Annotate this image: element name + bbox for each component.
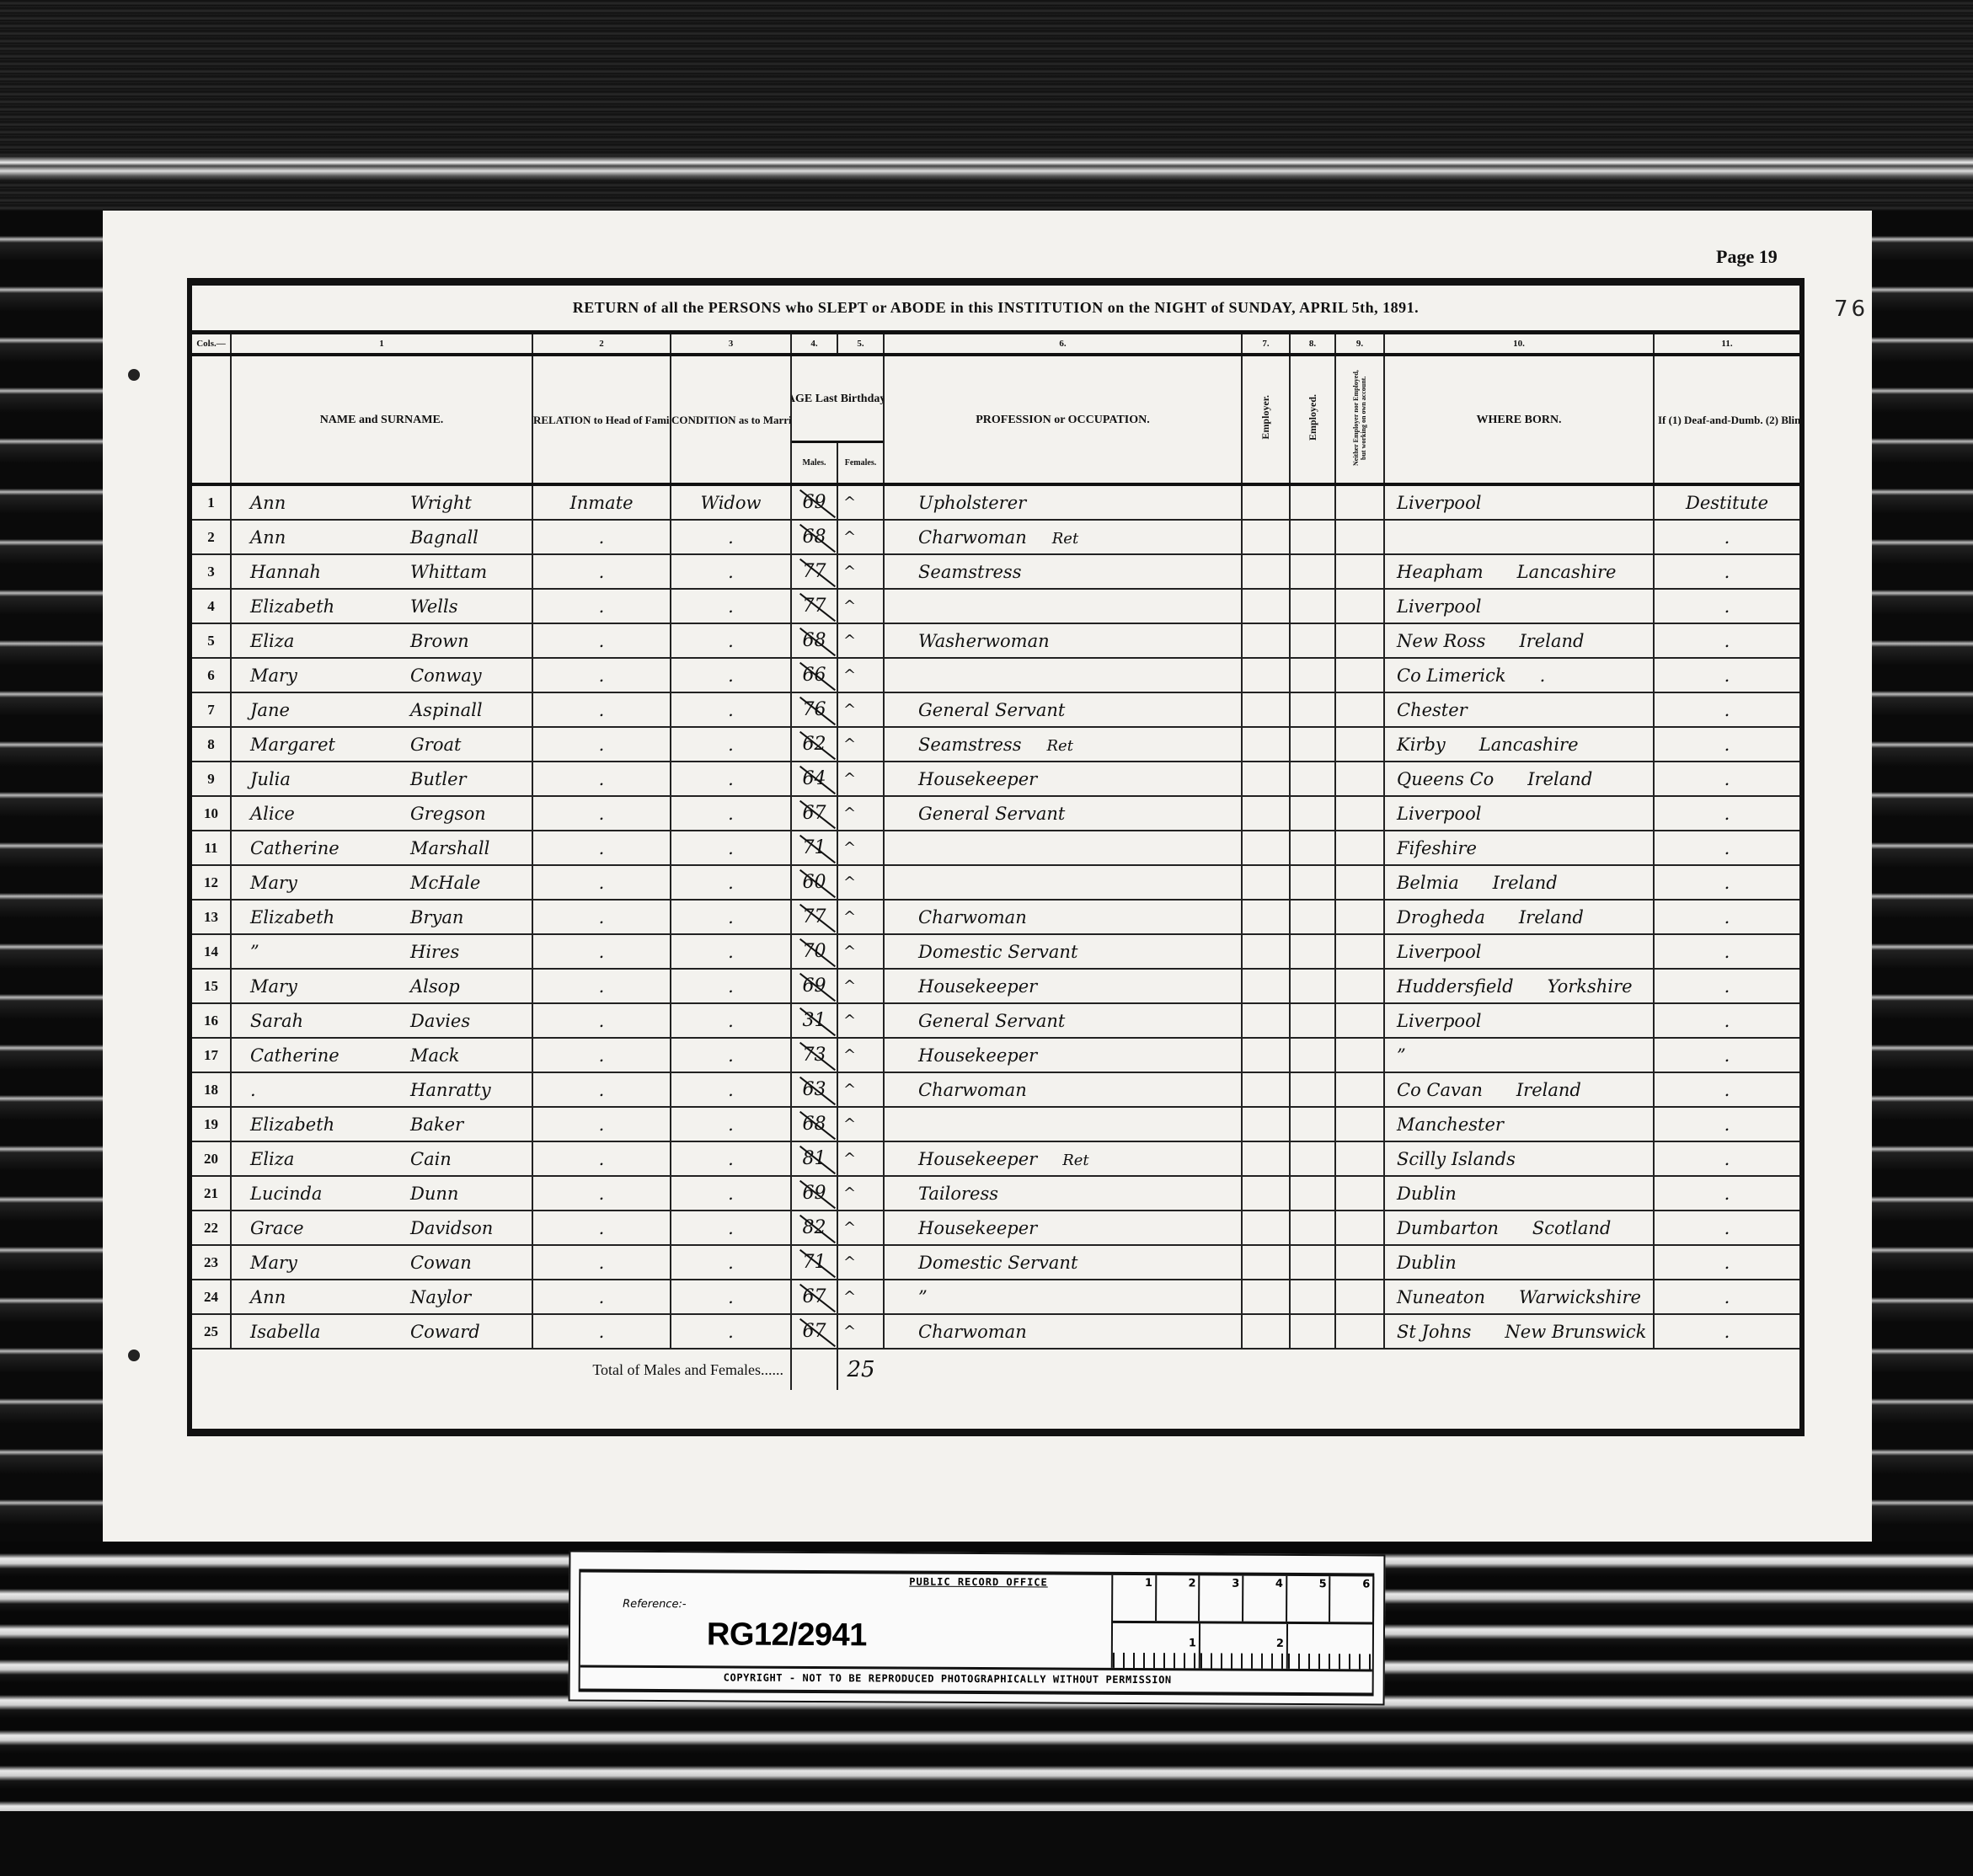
age-female: 69 — [791, 1176, 837, 1211]
header-age: AGE Last Birthday. Males. Females. — [791, 355, 884, 484]
age-tick-mark: ^ — [837, 692, 884, 727]
neither-cell — [1335, 1211, 1384, 1245]
first-name: ” — [250, 942, 410, 962]
surname: Whittam — [410, 562, 487, 582]
infirmity: . — [1654, 589, 1799, 623]
where-born: ” — [1384, 1038, 1654, 1072]
person-name: JaneAspinall — [231, 692, 532, 727]
born-county: Yorkshire — [1548, 976, 1633, 997]
condition: . — [671, 1314, 791, 1349]
age-tick-mark: ^ — [837, 1245, 884, 1280]
relation: . — [532, 865, 671, 900]
occupation: General Servant — [884, 1003, 1242, 1038]
employed-cell — [1290, 1211, 1335, 1245]
header-neither-label: Neither Employer nor Employed, but worki… — [1352, 367, 1367, 468]
occupation-note: Ret — [1062, 1152, 1088, 1169]
age-tick-mark: ^ — [837, 762, 884, 796]
scanner-background-left — [0, 211, 103, 1542]
first-name: Ann — [250, 527, 410, 548]
employed-cell — [1290, 969, 1335, 1003]
born-place: Liverpool — [1397, 804, 1481, 824]
age-tick-mark: ^ — [837, 1280, 884, 1314]
first-name: Sarah — [250, 1011, 410, 1031]
occupation-text: Housekeeper — [918, 1045, 1037, 1066]
age-tick-mark: ^ — [837, 484, 884, 520]
employer-cell — [1242, 1107, 1290, 1141]
infirmity: . — [1654, 520, 1799, 554]
employed-cell — [1290, 520, 1335, 554]
employed-cell — [1290, 623, 1335, 658]
neither-cell — [1335, 1176, 1384, 1211]
first-name: Grace — [250, 1218, 410, 1238]
header-relation: RELATION to Head of Family, or Position … — [532, 355, 671, 484]
where-born: Dublin — [1384, 1245, 1654, 1280]
born-place: Nuneaton — [1397, 1287, 1485, 1307]
row-number: 22 — [192, 1211, 231, 1245]
relation: . — [532, 520, 671, 554]
occupation — [884, 589, 1242, 623]
born-county: New Brunswick — [1505, 1322, 1646, 1342]
infirmity: . — [1654, 554, 1799, 589]
header-employer: Employer. — [1242, 355, 1290, 484]
table-row: 21 LucindaDunn . . 69 ^ Tailoress Dublin… — [192, 1176, 1799, 1211]
born-place: Liverpool — [1397, 493, 1481, 513]
born-place: Heapham — [1397, 562, 1484, 582]
scale-mark: 1 — [1113, 1623, 1200, 1669]
neither-cell — [1335, 1280, 1384, 1314]
row-number: 18 — [192, 1072, 231, 1107]
occupation-note: Ret — [1052, 530, 1078, 548]
born-place: Chester — [1397, 700, 1468, 720]
condition: . — [671, 1280, 791, 1314]
age-female: 69 — [791, 969, 837, 1003]
where-born: Liverpool — [1384, 484, 1654, 520]
surname: Hires — [410, 942, 459, 962]
age-female: 64 — [791, 762, 837, 796]
relation: . — [532, 1141, 671, 1176]
born-county: Ireland — [1493, 873, 1558, 893]
infirmity: . — [1654, 1280, 1799, 1314]
relation: . — [532, 589, 671, 623]
binding-hole-icon — [128, 1350, 140, 1361]
age-female: 76 — [791, 692, 837, 727]
table-row: 12 MaryMcHale . . 60 ^ BelmiaIreland . — [192, 865, 1799, 900]
employer-cell — [1242, 1245, 1290, 1280]
age-female: 81 — [791, 1141, 837, 1176]
col-number: 3 — [671, 334, 791, 355]
where-born: Fifeshire — [1384, 831, 1654, 865]
row-number: 25 — [192, 1314, 231, 1349]
occupation-text: Seamstress — [918, 735, 1021, 755]
census-table: Cols.— 1 2 3 4. 5. 6. 7. 8. 9. 10. 11. N… — [192, 334, 1799, 1390]
neither-cell — [1335, 762, 1384, 796]
age-female: 60 — [791, 865, 837, 900]
person-name: ”Hires — [231, 934, 532, 969]
employer-cell — [1242, 865, 1290, 900]
person-name: LucindaDunn — [231, 1176, 532, 1211]
copyright-notice: COPYRIGHT - NOT TO BE REPRODUCED PHOTOGR… — [580, 1665, 1372, 1690]
person-name: MaryMcHale — [231, 865, 532, 900]
where-born: St JohnsNew Brunswick — [1384, 1314, 1654, 1349]
infirmity: . — [1654, 900, 1799, 934]
infirmity: . — [1654, 1141, 1799, 1176]
infirmity: . — [1654, 658, 1799, 692]
scale-mark: 1 — [1113, 1575, 1157, 1621]
employed-cell — [1290, 554, 1335, 589]
born-place: Drogheda — [1397, 907, 1485, 927]
surname: Marshall — [410, 838, 489, 858]
where-born: Co Limerick. — [1384, 658, 1654, 692]
where-born: Chester — [1384, 692, 1654, 727]
header-name: NAME and SURNAME. — [231, 355, 532, 484]
occupation-text: General Servant — [918, 700, 1065, 720]
person-name: ElizabethWells — [231, 589, 532, 623]
first-name: Eliza — [250, 1149, 410, 1169]
table-row: 14 ”Hires . . 70 ^ Domestic Servant Live… — [192, 934, 1799, 969]
col-number: 1 — [231, 334, 532, 355]
relation: . — [532, 1314, 671, 1349]
born-place: Huddersfield — [1397, 976, 1514, 997]
occupation: HousekeeperRet — [884, 1141, 1242, 1176]
born-place: Belmia — [1397, 873, 1459, 893]
page-number: Page 19 — [1716, 246, 1778, 268]
infirmity: . — [1654, 934, 1799, 969]
relation: . — [532, 1072, 671, 1107]
age-tick-mark: ^ — [837, 796, 884, 831]
relation: . — [532, 658, 671, 692]
surname: Butler — [410, 769, 467, 789]
scale-mark: 2 — [1200, 1623, 1288, 1669]
age-tick-mark: ^ — [837, 831, 884, 865]
scale-mark: 2 — [1157, 1575, 1200, 1621]
infirmity: . — [1654, 1176, 1799, 1211]
age-tick-mark: ^ — [837, 1176, 884, 1211]
first-name: Mary — [250, 1253, 410, 1273]
employer-cell — [1242, 692, 1290, 727]
born-place: Kirby — [1397, 735, 1446, 755]
table-row: 17 CatherineMack . . 73 ^ Housekeeper ” … — [192, 1038, 1799, 1072]
born-place: St Johns — [1397, 1322, 1471, 1342]
condition: . — [671, 762, 791, 796]
age-female: 62 — [791, 727, 837, 762]
occupation — [884, 658, 1242, 692]
neither-cell — [1335, 484, 1384, 520]
scale-mark: 6 — [1330, 1576, 1374, 1622]
person-name: CatherineMack — [231, 1038, 532, 1072]
condition: . — [671, 1176, 791, 1211]
born-place: Dublin — [1397, 1253, 1457, 1273]
age-female: 67 — [791, 796, 837, 831]
condition: . — [671, 1038, 791, 1072]
infirmity: . — [1654, 1003, 1799, 1038]
first-name: Elizabeth — [250, 907, 410, 927]
occupation: Tailoress — [884, 1176, 1242, 1211]
age-tick-mark: ^ — [837, 1141, 884, 1176]
total-blank — [884, 1349, 1799, 1390]
person-name: MaryConway — [231, 658, 532, 692]
census-page: Page 19 76 RETURN of all the PERSONS who… — [103, 211, 1872, 1542]
condition: . — [671, 900, 791, 934]
born-place: Co Cavan — [1397, 1080, 1483, 1100]
born-county: Ireland — [1519, 907, 1584, 927]
occupation-text: Housekeeper — [918, 1218, 1037, 1238]
age-female: 71 — [791, 831, 837, 865]
table-row: 3 HannahWhittam . . 77 ^ Seamstress Heap… — [192, 554, 1799, 589]
row-number: 17 — [192, 1038, 231, 1072]
first-name: Catherine — [250, 1045, 410, 1066]
occupation-text: General Servant — [918, 1011, 1065, 1031]
employer-cell — [1242, 796, 1290, 831]
age-female: 77 — [791, 900, 837, 934]
col-number: 2 — [532, 334, 671, 355]
occupation: Charwoman — [884, 900, 1242, 934]
neither-cell — [1335, 1141, 1384, 1176]
row-number: 9 — [192, 762, 231, 796]
surname: Naylor — [410, 1287, 471, 1307]
where-born: Manchester — [1384, 1107, 1654, 1141]
cols-label: Cols.— — [192, 334, 231, 355]
page-title: RETURN of all the PERSONS who SLEPT or A… — [192, 286, 1799, 334]
surname: Gregson — [410, 804, 486, 824]
occupation: SeamstressRet — [884, 727, 1242, 762]
row-number: 16 — [192, 1003, 231, 1038]
born-place: Dumbarton — [1397, 1218, 1499, 1238]
relation: . — [532, 1211, 671, 1245]
age-female: 77 — [791, 589, 837, 623]
occupation-text: Housekeeper — [918, 976, 1037, 997]
occupation: Housekeeper — [884, 1211, 1242, 1245]
relation: . — [532, 1107, 671, 1141]
employed-cell — [1290, 1176, 1335, 1211]
employed-cell — [1290, 1107, 1335, 1141]
born-place: Queens Co — [1397, 769, 1494, 789]
condition: . — [671, 727, 791, 762]
condition: . — [671, 520, 791, 554]
folio-number: 76 — [1834, 297, 1869, 322]
condition: . — [671, 934, 791, 969]
first-name: Julia — [250, 769, 410, 789]
col-number: 9. — [1335, 334, 1384, 355]
occupation-text: Upholsterer — [918, 493, 1026, 513]
occupation: ” — [884, 1280, 1242, 1314]
age-female: 68 — [791, 520, 837, 554]
person-name: .Hanratty — [231, 1072, 532, 1107]
table-row: 13 ElizabethBryan . . 77 ^ Charwoman Dro… — [192, 900, 1799, 934]
person-name: SarahDavies — [231, 1003, 532, 1038]
first-name: . — [250, 1080, 410, 1100]
where-born: Dublin — [1384, 1176, 1654, 1211]
neither-cell — [1335, 1038, 1384, 1072]
neither-cell — [1335, 796, 1384, 831]
row-number: 6 — [192, 658, 231, 692]
where-born: New RossIreland — [1384, 623, 1654, 658]
born-place: Liverpool — [1397, 1011, 1481, 1031]
relation: . — [532, 762, 671, 796]
scale-mark: 5 — [1287, 1576, 1331, 1622]
employed-cell — [1290, 831, 1335, 865]
relation: . — [532, 1280, 671, 1314]
occupation: Charwoman — [884, 1314, 1242, 1349]
born-place: Dublin — [1397, 1184, 1457, 1204]
occupation: CharwomanRet — [884, 520, 1242, 554]
age-tick-mark: ^ — [837, 1314, 884, 1349]
age-tick-mark: ^ — [837, 520, 884, 554]
header-age-males: Males. — [792, 443, 838, 483]
infirmity: . — [1654, 1211, 1799, 1245]
occupation-text: Charwoman — [918, 1080, 1027, 1100]
first-name: Ann — [250, 493, 410, 513]
reference-number: RG12/2941 — [707, 1617, 867, 1654]
scanner-background-right — [1872, 211, 1973, 1542]
infirmity: . — [1654, 969, 1799, 1003]
occupation: General Servant — [884, 796, 1242, 831]
age-female: 66 — [791, 658, 837, 692]
relation: . — [532, 831, 671, 865]
measurement-scale: 1 2 3 4 5 6 1 2 — [1111, 1575, 1375, 1670]
col-number: 8. — [1290, 334, 1335, 355]
age-female: 68 — [791, 623, 837, 658]
neither-cell — [1335, 900, 1384, 934]
col-number: 4. — [791, 334, 837, 355]
table-row: 18 .Hanratty . . 63 ^ Charwoman Co Cavan… — [192, 1072, 1799, 1107]
person-name: ElizaBrown — [231, 623, 532, 658]
table-row: 7 JaneAspinall . . 76 ^ General Servant … — [192, 692, 1799, 727]
neither-cell — [1335, 727, 1384, 762]
row-number: 3 — [192, 554, 231, 589]
relation: . — [532, 727, 671, 762]
census-rows: 1 AnnWright Inmate Widow 69 ^ Upholstere… — [192, 484, 1799, 1349]
employer-cell — [1242, 1003, 1290, 1038]
where-born: Scilly Islands — [1384, 1141, 1654, 1176]
table-row: 9 JuliaButler . . 64 ^ Housekeeper Queen… — [192, 762, 1799, 796]
occupation: Domestic Servant — [884, 1245, 1242, 1280]
age-female: 63 — [791, 1072, 837, 1107]
age-female: 68 — [791, 1107, 837, 1141]
header-where-born: WHERE BORN. — [1384, 355, 1654, 484]
occupation-text: Housekeeper — [918, 769, 1037, 789]
surname: Alsop — [410, 976, 460, 997]
born-place: Liverpool — [1397, 596, 1481, 617]
header-employed: Employed. — [1290, 355, 1335, 484]
condition: . — [671, 1211, 791, 1245]
person-name: GraceDavidson — [231, 1211, 532, 1245]
where-born: DumbartonScotland — [1384, 1211, 1654, 1245]
where-born: Queens CoIreland — [1384, 762, 1654, 796]
row-number: 24 — [192, 1280, 231, 1314]
age-tick-mark: ^ — [837, 900, 884, 934]
occupation-note: Ret — [1046, 737, 1072, 755]
surname: McHale — [410, 873, 480, 893]
infirmity: . — [1654, 1314, 1799, 1349]
employed-cell — [1290, 1314, 1335, 1349]
table-row: 23 MaryCowan . . 71 ^ Domestic Servant D… — [192, 1245, 1799, 1280]
age-tick-mark: ^ — [837, 554, 884, 589]
condition: . — [671, 865, 791, 900]
table-row: 15 MaryAlsop . . 69 ^ Housekeeper Hudder… — [192, 969, 1799, 1003]
employer-cell — [1242, 1314, 1290, 1349]
surname: Bryan — [410, 907, 463, 927]
neither-cell — [1335, 1245, 1384, 1280]
where-born: Liverpool — [1384, 934, 1654, 969]
infirmity: . — [1654, 1245, 1799, 1280]
employed-cell — [1290, 796, 1335, 831]
person-name: ElizabethBryan — [231, 900, 532, 934]
occupation: Housekeeper — [884, 762, 1242, 796]
occupation: Seamstress — [884, 554, 1242, 589]
employer-cell — [1242, 1141, 1290, 1176]
condition: . — [671, 554, 791, 589]
surname: Brown — [410, 631, 469, 651]
relation: . — [532, 796, 671, 831]
surname: Conway — [410, 665, 482, 686]
employed-cell — [1290, 1245, 1335, 1280]
infirmity: . — [1654, 1107, 1799, 1141]
row-number: 10 — [192, 796, 231, 831]
employer-cell — [1242, 1072, 1290, 1107]
row-number: 12 — [192, 865, 231, 900]
col-number: 11. — [1654, 334, 1799, 355]
person-name: AnnWright — [231, 484, 532, 520]
neither-cell — [1335, 658, 1384, 692]
row-number: 1 — [192, 484, 231, 520]
occupation: Domestic Servant — [884, 934, 1242, 969]
table-row: 16 SarahDavies . . 31 ^ General Servant … — [192, 1003, 1799, 1038]
table-row: 24 AnnNaylor . . 67 ^ ” NuneatonWarwicks… — [192, 1280, 1799, 1314]
age-tick-mark: ^ — [837, 865, 884, 900]
born-county: Ireland — [1519, 631, 1584, 651]
first-name: Mary — [250, 665, 410, 686]
table-row: 8 MargaretGroat . . 62 ^ SeamstressRet K… — [192, 727, 1799, 762]
census-table-frame: RETURN of all the PERSONS who SLEPT or A… — [187, 278, 1805, 1436]
age-female: 69 — [791, 484, 837, 520]
occupation-text: General Servant — [918, 804, 1065, 824]
occupation-text: Washerwoman — [918, 631, 1050, 651]
born-county: . — [1540, 665, 1546, 686]
employer-cell — [1242, 1280, 1290, 1314]
first-name: Jane — [250, 700, 410, 720]
condition: . — [671, 1245, 791, 1280]
where-born: Liverpool — [1384, 589, 1654, 623]
row-number: 13 — [192, 900, 231, 934]
first-name: Elizabeth — [250, 596, 410, 617]
age-female: 77 — [791, 554, 837, 589]
occupation-text: Domestic Servant — [918, 1253, 1077, 1273]
table-row: 6 MaryConway . . 66 ^ Co Limerick. . — [192, 658, 1799, 692]
surname: Wells — [410, 596, 458, 617]
occupation-text: Domestic Servant — [918, 942, 1077, 962]
age-tick-mark: ^ — [837, 1211, 884, 1245]
scale-mark: 3 — [1200, 1575, 1243, 1621]
occupation-text: Seamstress — [918, 562, 1021, 582]
occupation: General Servant — [884, 692, 1242, 727]
age-female: 31 — [791, 1003, 837, 1038]
where-born: Liverpool — [1384, 1003, 1654, 1038]
relation: Inmate — [532, 484, 671, 520]
row-number: 5 — [192, 623, 231, 658]
occupation: Washerwoman — [884, 623, 1242, 658]
neither-cell — [1335, 969, 1384, 1003]
surname: Groat — [410, 735, 461, 755]
occupation — [884, 865, 1242, 900]
header-age-females: Females. — [838, 443, 883, 483]
relation: . — [532, 554, 671, 589]
table-row: 5 ElizaBrown . . 68 ^ Washerwoman New Ro… — [192, 623, 1799, 658]
neither-cell — [1335, 934, 1384, 969]
employed-cell — [1290, 865, 1335, 900]
infirmity: . — [1654, 796, 1799, 831]
where-born: DroghedaIreland — [1384, 900, 1654, 934]
infirmity: . — [1654, 1072, 1799, 1107]
